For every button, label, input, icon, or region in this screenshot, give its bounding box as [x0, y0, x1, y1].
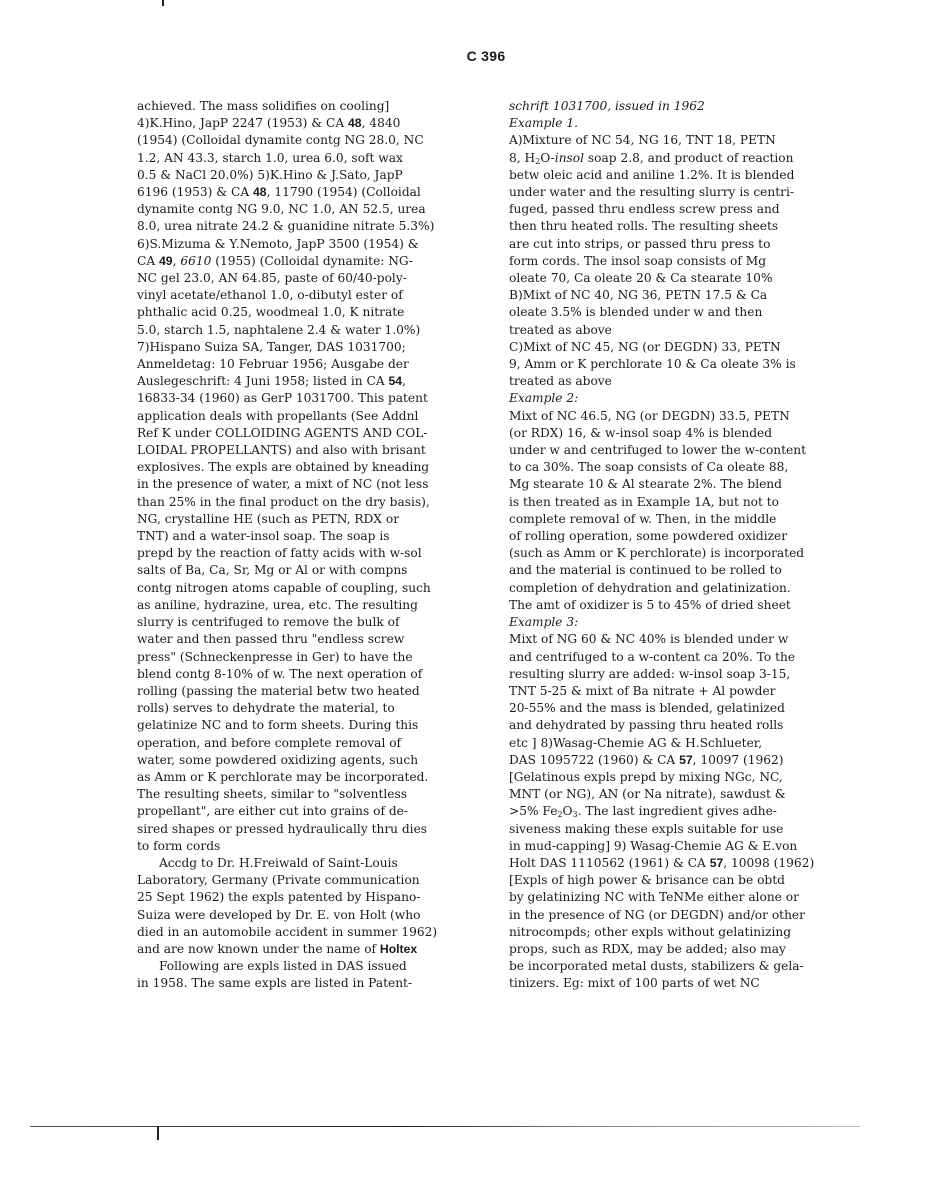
text-line: NG, crystalline HE (such as PETN, RDX or — [137, 511, 459, 528]
text-line: 9, Amm or K perchlorate 10 & Ca oleate 3… — [509, 356, 827, 373]
text-line: Anmeldetag: 10 Februar 1956; Ausgabe der — [137, 356, 459, 373]
text-line: 20-55% and the mass is blended, gelatini… — [509, 700, 827, 717]
text-line: gelatinize NC and to form sheets. During… — [137, 717, 459, 734]
text-line: in 1958. The same expls are listed in Pa… — [137, 975, 459, 992]
text-line: completion of dehydration and gelatiniza… — [509, 580, 827, 597]
text-line: contg nitrogen atoms capable of coupling… — [137, 580, 459, 597]
text-line: form cords. The insol soap consists of M… — [509, 253, 827, 270]
text-line: MNT (or NG), AN (or Na nitrate), sawdust… — [509, 786, 827, 803]
text-line: slurry is centrifuged to remove the bulk… — [137, 614, 459, 631]
text-line: B)Mixt of NC 40, NG 36, PETN 17.5 & Ca — [509, 287, 827, 304]
text-line: rolls) serves to dehydrate the material,… — [137, 700, 459, 717]
text-line: TNT) and a water-insol soap. The soap is — [137, 528, 459, 545]
text-line: NC gel 23.0, AN 64.85, paste of 60/40-po… — [137, 270, 459, 287]
text-line: vinyl acetate/ethanol 1.0, o-dibutyl est… — [137, 287, 459, 304]
text-line: in the presence of water, a mixt of NC (… — [137, 476, 459, 493]
text-line: oleate 3.5% is blended under w and then — [509, 304, 827, 321]
text-line: treated as above — [509, 373, 827, 390]
text-line: press" (Schneckenpresse in Ger) to have … — [137, 649, 459, 666]
text-line: C)Mixt of NC 45, NG (or DEGDN) 33, PETN — [509, 339, 827, 356]
text-line: water, some powdered oxidizing agents, s… — [137, 752, 459, 769]
text-line: to form cords — [137, 838, 459, 855]
text-line: (or RDX) 16, & w-insol soap 4% is blende… — [509, 425, 827, 442]
text-line: fuged, passed thru endless screw press a… — [509, 201, 827, 218]
text-line: (such as Amm or K perchlorate) is incorp… — [509, 545, 827, 562]
text-line: 16833-34 (1960) as GerP 1031700. This pa… — [137, 390, 459, 407]
text-line: explosives. The expls are obtained by kn… — [137, 459, 459, 476]
text-line: 25 Sept 1962) the expls patented by Hisp… — [137, 889, 459, 906]
text-line: LOIDAL PROPELLANTS) and also with brisan… — [137, 442, 459, 459]
text-line: than 25% in the final product on the dry… — [137, 494, 459, 511]
text-line: in mud-capping] 9) Wasag-Chemie AG & E.v… — [509, 838, 827, 855]
text-line: [Expls of high power & brisance can be o… — [509, 872, 827, 889]
text-line: rolling (passing the material betw two h… — [137, 683, 459, 700]
text-line: schrift 1031700, issued in 1962 — [509, 98, 827, 115]
text-line: Laboratory, Germany (Private communicati… — [137, 872, 459, 889]
text-line: (1954) (Colloidal dynamite contg NG 28.0… — [137, 132, 459, 149]
text-line: 1.2, AN 43.3, starch 1.0, urea 6.0, soft… — [137, 150, 459, 167]
text-line: sired shapes or pressed hydraulically th… — [137, 821, 459, 838]
text-line: and are now known under the name of Holt… — [137, 941, 459, 958]
text-line: The resulting sheets, similar to "solven… — [137, 786, 459, 803]
text-line: 6)S.Mizuma & Y.Nemoto, JapP 3500 (1954) … — [137, 236, 459, 253]
example-heading: Example 1. — [509, 115, 827, 132]
right-column: schrift 1031700, issued in 1962 Example … — [509, 98, 827, 993]
text-line: died in an automobile accident in summer… — [137, 924, 459, 941]
text-line: to ca 30%. The soap consists of Ca oleat… — [509, 459, 827, 476]
text-line: A)Mixture of NC 54, NG 16, TNT 18, PETN — [509, 132, 827, 149]
text-line: [Gelatinous expls prepd by mixing NGc, N… — [509, 769, 827, 786]
text-line: >5% Fe2O3. The last ingredient gives adh… — [509, 803, 827, 820]
text-line: Suiza were developed by Dr. E. von Holt … — [137, 907, 459, 924]
text-line: 5.0, starch 1.5, naphtalene 2.4 & water … — [137, 322, 459, 339]
bold-term: Holtex — [380, 942, 417, 956]
text-line: as Amm or K perchlorate may be incorpora… — [137, 769, 459, 786]
left-column: achieved. The mass solidifies on cooling… — [137, 98, 459, 993]
text-line: is then treated as in Example 1A, but no… — [509, 494, 827, 511]
text-line: phthalic acid 0.25, woodmeal 1.0, K nitr… — [137, 304, 459, 321]
text-line: The amt of oxidizer is 5 to 45% of dried… — [509, 597, 827, 614]
example-heading: Example 3: — [509, 614, 827, 631]
text-line: CA 49, 6610 (1955) (Colloidal dynamite: … — [137, 253, 459, 270]
text-line: treated as above — [509, 322, 827, 339]
text-line: under water and the resulting slurry is … — [509, 184, 827, 201]
text-line: Mixt of NG 60 & NC 40% is blended under … — [509, 631, 827, 648]
text-line: 8.0, urea nitrate 24.2 & guanidine nitra… — [137, 218, 459, 235]
text-line: then thru heated rolls. The resulting sh… — [509, 218, 827, 235]
text-line: by gelatinizing NC with TeNMe either alo… — [509, 889, 827, 906]
text-line: be incorporated metal dusts, stabilizers… — [509, 958, 827, 975]
text-line: application deals with propellants (See … — [137, 408, 459, 425]
text-line: oleate 70, Ca oleate 20 & Ca stearate 10… — [509, 270, 827, 287]
text-line: Auslegeschrift: 4 Juni 1958; listed in C… — [137, 373, 459, 390]
text-line: props, such as RDX, may be added; also m… — [509, 941, 827, 958]
text-line: and centrifuged to a w-content ca 20%. T… — [509, 649, 827, 666]
text-line: Holt DAS 1110562 (1961) & CA 57, 10098 (… — [509, 855, 827, 872]
text-line: propellant", are either cut into grains … — [137, 803, 459, 820]
text-line: are cut into strips, or passed thru pres… — [509, 236, 827, 253]
text-line: under w and centrifuged to lower the w-c… — [509, 442, 827, 459]
text-line: achieved. The mass solidifies on cooling… — [137, 98, 459, 115]
text-line: Mixt of NC 46.5, NG (or DEGDN) 33.5, PET… — [509, 408, 827, 425]
text-line: 6196 (1953) & CA 48, 11790 (1954) (Collo… — [137, 184, 459, 201]
text-line: operation, and before complete removal o… — [137, 735, 459, 752]
text-line: 4)K.Hino, JapP 2247 (1953) & CA 48, 4840 — [137, 115, 459, 132]
text-line: betw oleic acid and aniline 1.2%. It is … — [509, 167, 827, 184]
text-line: prepd by the reaction of fatty acids wit… — [137, 545, 459, 562]
text-line: in the presence of NG (or DEGDN) and/or … — [509, 907, 827, 924]
text-line: etc ] 8)Wasag-Chemie AG & H.Schlueter, — [509, 735, 827, 752]
text-line: and the material is continued to be roll… — [509, 562, 827, 579]
text-line: of rolling operation, some powdered oxid… — [509, 528, 827, 545]
text-line: as aniline, hydrazine, urea, etc. The re… — [137, 597, 459, 614]
text-line: siveness making these expls suitable for… — [509, 821, 827, 838]
paragraph-start: Accdg to Dr. H.Freiwald of Saint-Louis — [137, 855, 459, 872]
example-heading: Example 2: — [509, 390, 827, 407]
text-line: DAS 1095722 (1960) & CA 57, 10097 (1962) — [509, 752, 827, 769]
text-line: 8, H2O-insol soap 2.8, and product of re… — [509, 150, 827, 167]
text-line: 0.5 & NaCl 20.0%) 5)K.Hino & J.Sato, Jap… — [137, 167, 459, 184]
text-line: Mg stearate 10 & Al stearate 2%. The ble… — [509, 476, 827, 493]
page-number: C 396 — [0, 48, 932, 64]
text-line: water and then passed thru "endless scre… — [137, 631, 459, 648]
text-line: Ref K under COLLOIDING AGENTS AND COL- — [137, 425, 459, 442]
text-line: and dehydrated by passing thru heated ro… — [509, 717, 827, 734]
scan-mark-top — [162, 0, 164, 6]
text-line: tinizers. Eg: mixt of 100 parts of wet N… — [509, 975, 827, 992]
text-line: TNT 5-25 & mixt of Ba nitrate + Al powde… — [509, 683, 827, 700]
text-line: nitrocompds; other expls without gelatin… — [509, 924, 827, 941]
text-line: 7)Hispano Suiza SA, Tanger, DAS 1031700; — [137, 339, 459, 356]
footer-rule — [30, 1126, 860, 1127]
text-line: resulting slurry are added: w-insol soap… — [509, 666, 827, 683]
paragraph-start: Following are expls listed in DAS issued — [137, 958, 459, 975]
text-line: complete removal of w. Then, in the midd… — [509, 511, 827, 528]
text-line: dynamite contg NG 9.0, NC 1.0, AN 52.5, … — [137, 201, 459, 218]
text-line: salts of Ba, Ca, Sr, Mg or Al or with co… — [137, 562, 459, 579]
scan-mark-bottom — [157, 1126, 159, 1140]
text-line: blend contg 8-10% of w. The next operati… — [137, 666, 459, 683]
